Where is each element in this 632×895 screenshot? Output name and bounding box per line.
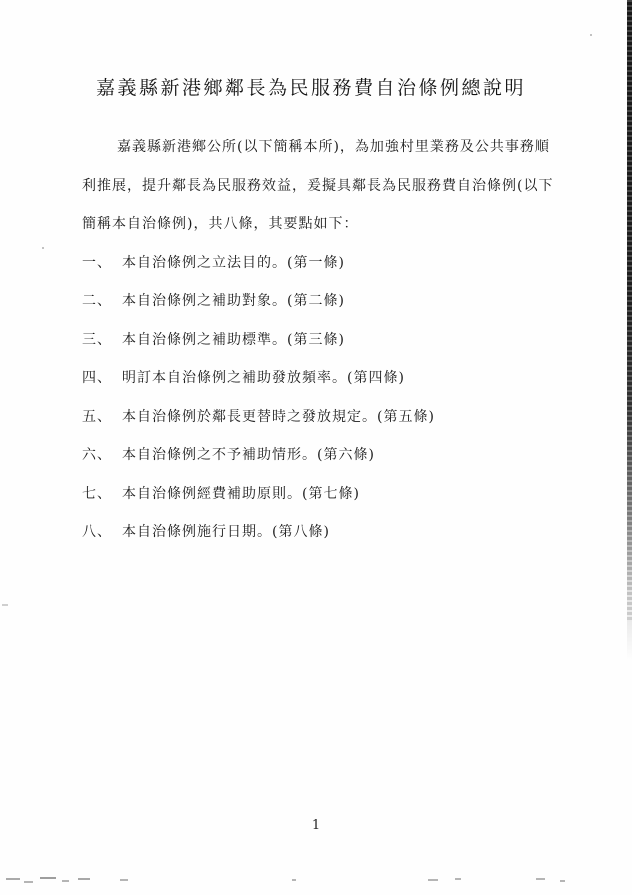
document-body: 嘉義縣新港鄉公所(以下簡稱本所)，為加強村里業務及公共事務順 利推展，提升鄰長為… xyxy=(82,128,592,552)
list-item: 一、 本自治條例之立法目的。(第一條) xyxy=(82,244,592,283)
scanner-edge-artifact-texture xyxy=(627,0,632,620)
scanned-document-page: 嘉義縣新港鄉鄰長為民服務費自治條例總說明 嘉義縣新港鄉公所(以下簡稱本所)，為加… xyxy=(0,0,632,895)
scan-dot-artifact xyxy=(2,604,8,606)
item-text: 本自治條例施行日期。(第八條) xyxy=(122,513,330,552)
item-text: 本自治條例之補助對象。(第二條) xyxy=(122,282,345,321)
item-text: 本自治條例之不予補助情形。(第六條) xyxy=(122,436,375,475)
paragraph-line: 嘉義縣新港鄉公所(以下簡稱本所)，為加強村里業務及公共事務順 xyxy=(82,128,592,167)
item-number: 五、 xyxy=(82,398,122,437)
list-item: 六、 本自治條例之不予補助情形。(第六條) xyxy=(82,436,592,475)
item-text: 明訂本自治條例之補助發放頻率。(第四條) xyxy=(122,359,405,398)
item-number: 七、 xyxy=(82,475,122,514)
paragraph-line: 利推展，提升鄰長為民服務效益，爰擬具鄰長為民服務費自治條例(以下 xyxy=(82,167,592,206)
list-item: 八、 本自治條例施行日期。(第八條) xyxy=(82,513,592,552)
page-number: 1 xyxy=(0,818,632,833)
item-number: 三、 xyxy=(82,321,122,360)
list-item: 三、 本自治條例之補助標準。(第三條) xyxy=(82,321,592,360)
item-number: 二、 xyxy=(82,282,122,321)
list-item: 二、 本自治條例之補助對象。(第二條) xyxy=(82,282,592,321)
item-number: 八、 xyxy=(82,513,122,552)
list-item: 四、 明訂本自治條例之補助發放頻率。(第四條) xyxy=(82,359,592,398)
scan-dot-artifact xyxy=(42,247,44,249)
item-number: 一、 xyxy=(82,244,122,283)
item-text: 本自治條例於鄰長更替時之發放規定。(第五條) xyxy=(122,398,435,437)
item-text: 本自治條例之立法目的。(第一條) xyxy=(122,244,345,283)
list-item: 五、 本自治條例於鄰長更替時之發放規定。(第五條) xyxy=(82,398,592,437)
item-text: 本自治條例之補助標準。(第三條) xyxy=(122,321,345,360)
document-title: 嘉義縣新港鄉鄰長為民服務費自治條例總說明 xyxy=(0,73,622,100)
item-number: 六、 xyxy=(82,436,122,475)
item-number: 四、 xyxy=(82,359,122,398)
list-item: 七、 本自治條例經費補助原則。(第七條) xyxy=(82,475,592,514)
scan-noise-band xyxy=(0,872,632,888)
paragraph-line: 簡稱本自治條例)，共八條，其要點如下： xyxy=(82,205,592,244)
scan-dot-artifact xyxy=(590,34,592,36)
item-text: 本自治條例經費補助原則。(第七條) xyxy=(122,475,360,514)
